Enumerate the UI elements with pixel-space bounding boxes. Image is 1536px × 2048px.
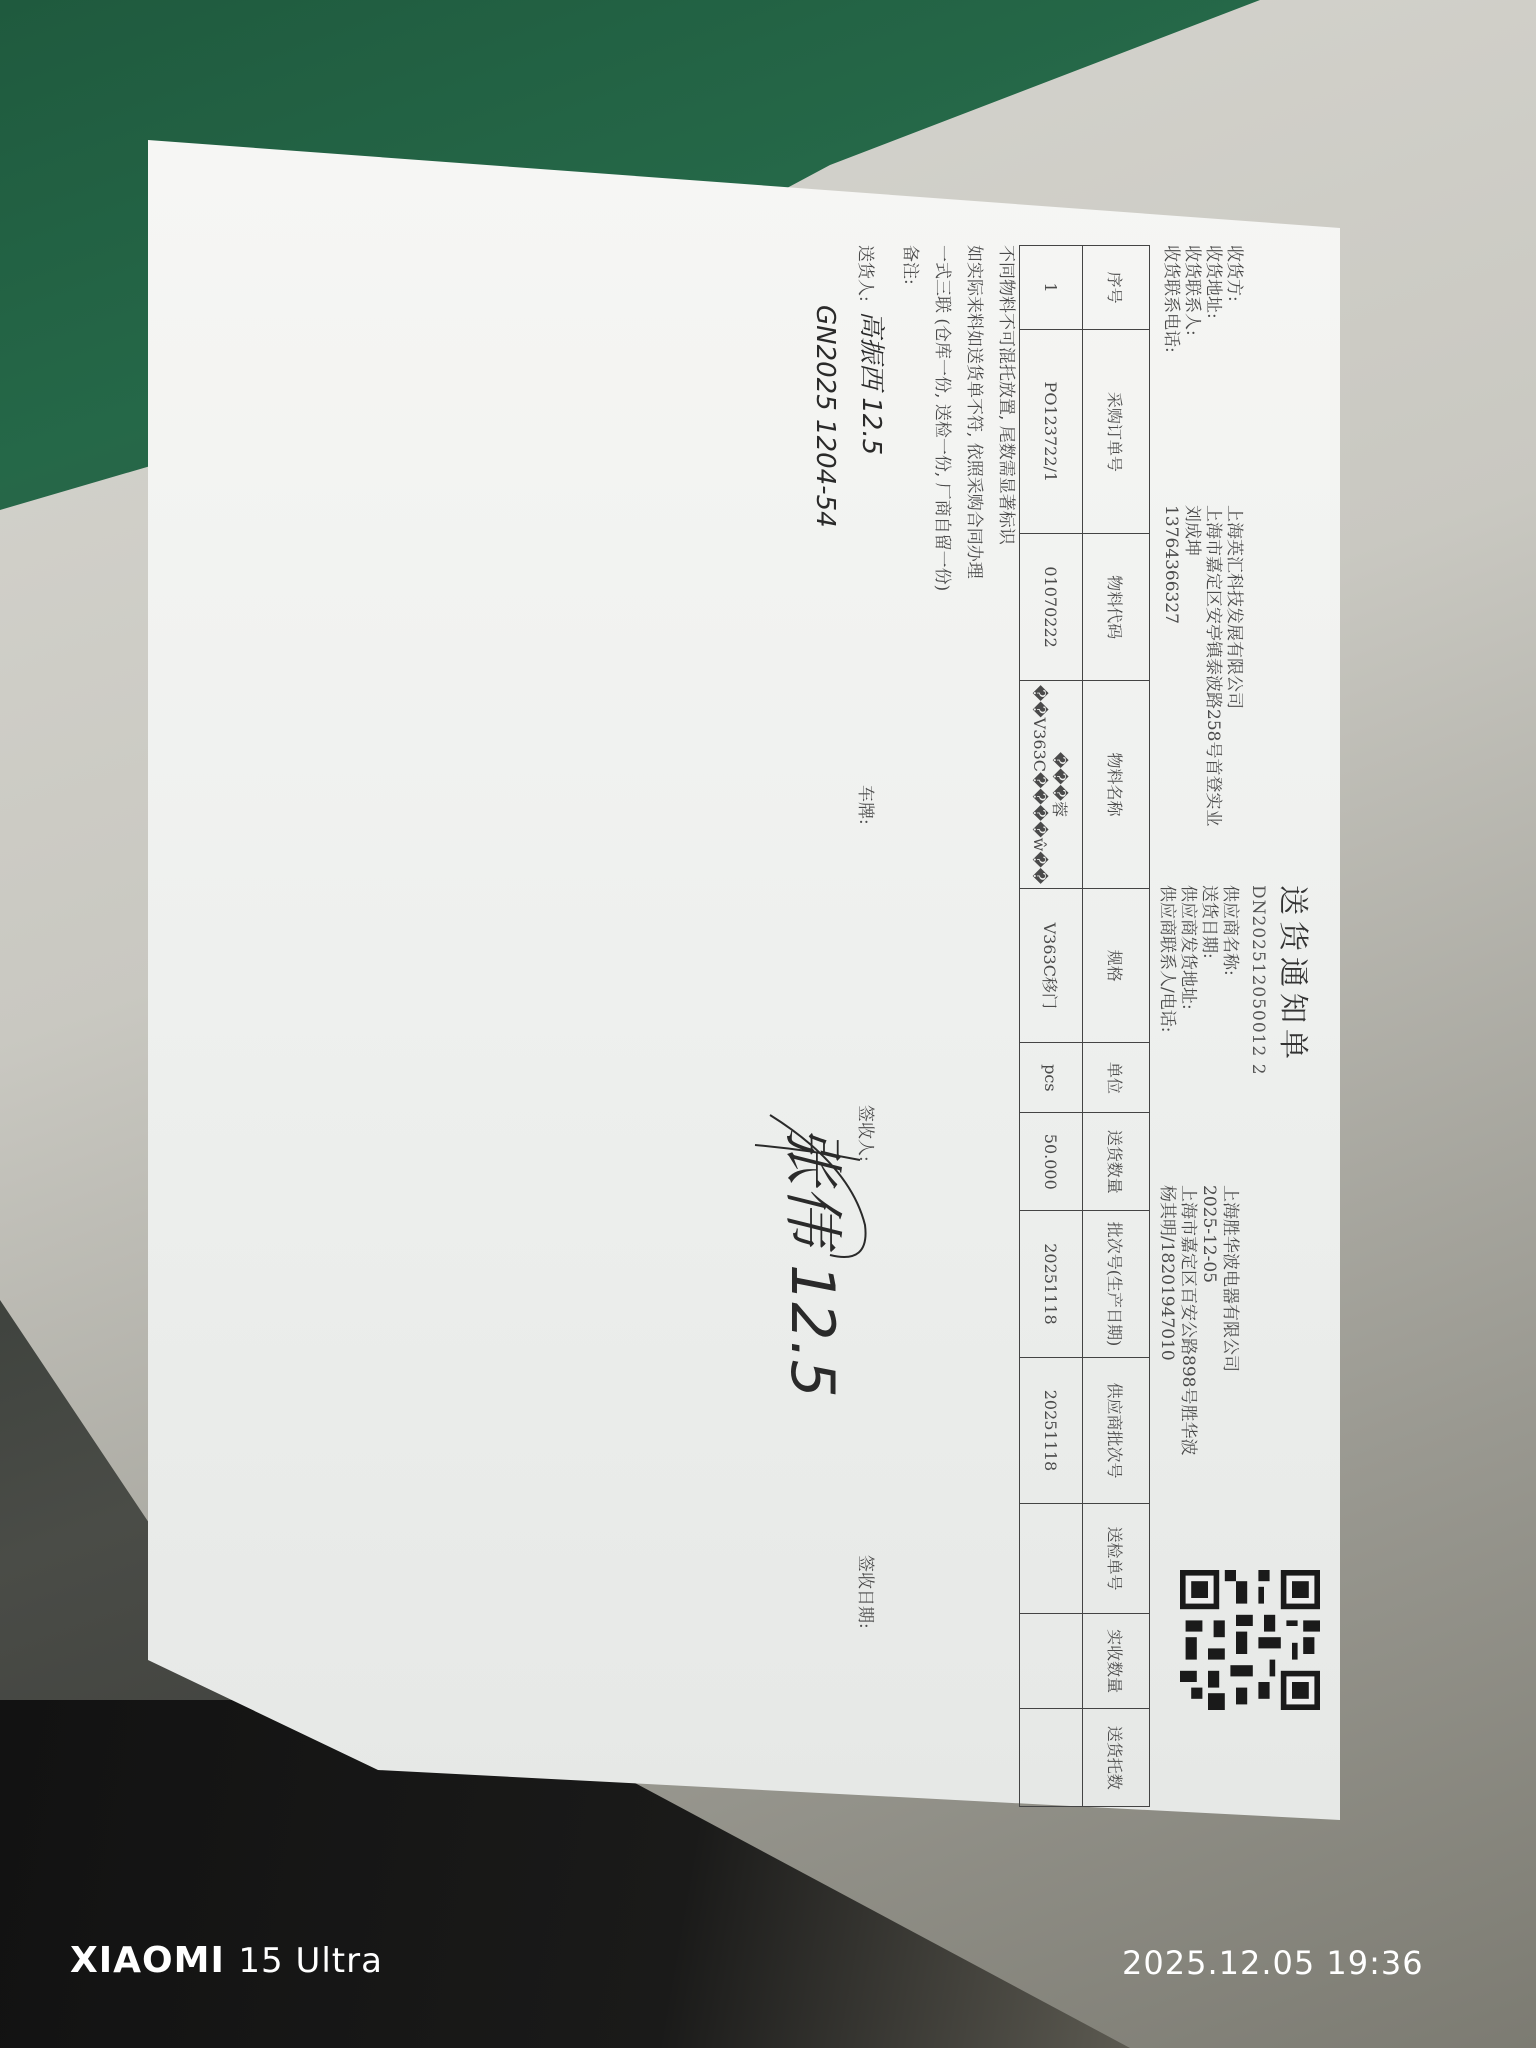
table-cell: 20251118 [1020, 1357, 1083, 1503]
deliverer-label: 送货人: [855, 245, 880, 302]
note-line: 如实际来料如送货单不符, 依照采购合同办理 [958, 245, 990, 591]
column-header: 序号 [1083, 246, 1150, 330]
qr-code-icon [1180, 1570, 1320, 1710]
column-header: 实收数量 [1083, 1613, 1150, 1709]
items-table: 序号采购订单号物料代码物料名称规格单位送货数量批次号(生产日期)供应商批次号送检… [1019, 245, 1150, 1807]
table-cell: 01070222 [1020, 534, 1083, 680]
supplier-row-address: 供应商发货地址:上海市嘉定区百安公路898号胜华波 [1177, 885, 1198, 1455]
document-title: 送货通知单 [1274, 885, 1318, 1065]
consignee-row-address: 收货地址:上海市嘉定区安亭镇泰波路258号首登实业 [1202, 245, 1223, 826]
receive-date-label: 签收日期: [855, 1555, 880, 1629]
table-cell: 20251118 [1020, 1211, 1083, 1357]
column-header: 送货数量 [1083, 1113, 1150, 1211]
deliverer-signature: 高振西 12.5 [855, 311, 892, 455]
delivery-note-document: 送货通知单 DN202512050012 2 收货方:上海英汇科技发展有限公司 … [720, 245, 1340, 1805]
column-header: 送货托数 [1083, 1709, 1150, 1807]
table-cell [1020, 1504, 1083, 1614]
column-header: 单位 [1083, 1043, 1150, 1113]
camera-brand-watermark: XIAOMI 15 Ultra [70, 1940, 383, 1981]
table-cell [1020, 1613, 1083, 1709]
note-line: 一式三联 (仓库一份, 送检一份, 厂商自留一份) [926, 245, 958, 591]
table-cell: pcs [1020, 1043, 1083, 1113]
notes: 不同物料不可混托放置, 尾数需显著标识 如实际来料如送货单不符, 依照采购合同办… [894, 245, 1022, 591]
supplier-row-date: 送货日期:2025-12-05 [1198, 885, 1219, 1455]
table-row: 1PO123722/101070222���蓉 ��V363C����ŵ��V3… [1020, 246, 1083, 1807]
table-cell: 50.000 [1020, 1113, 1083, 1211]
table-cell: V363C移门 [1020, 889, 1083, 1043]
plate-label: 车牌: [855, 785, 880, 825]
consignee-info: 收货方:上海英汇科技发展有限公司 收货地址:上海市嘉定区安亭镇泰波路258号首登… [1160, 245, 1244, 826]
column-header: 物料名称 [1083, 680, 1150, 888]
table-cell: ���蓉 ��V363C����ŵ�� [1020, 680, 1083, 888]
deliverer-handwritten-note: GN2025 1204-54 [810, 305, 840, 528]
column-header: 采购订单号 [1083, 330, 1150, 534]
note-line: 不同物料不可混托放置, 尾数需显著标识 [990, 245, 1022, 591]
table-cell: PO123722/1 [1020, 330, 1083, 534]
column-header: 规格 [1083, 889, 1150, 1043]
document-number: DN202512050012 2 [1248, 885, 1268, 1076]
camera-timestamp-watermark: 2025.12.05 19:36 [1122, 1944, 1424, 1982]
remarks-label: 备注: [894, 245, 926, 591]
table-cell [1020, 1709, 1083, 1807]
table-header-row: 序号采购订单号物料代码物料名称规格单位送货数量批次号(生产日期)供应商批次号送检… [1083, 246, 1150, 1807]
table-cell: 1 [1020, 246, 1083, 330]
signature-stroke-icon [750, 1105, 870, 1305]
column-header: 送检单号 [1083, 1504, 1150, 1614]
consignee-row-contact: 收货联系人:刘成坤 [1181, 245, 1202, 826]
supplier-row-name: 供应商名称:上海胜华波电器有限公司 [1219, 885, 1240, 1455]
consignee-row-name: 收货方:上海英汇科技发展有限公司 [1223, 245, 1244, 826]
column-header: 供应商批次号 [1083, 1357, 1150, 1503]
supplier-info: 供应商名称:上海胜华波电器有限公司 送货日期:2025-12-05 供应商发货地… [1156, 885, 1240, 1455]
consignee-row-phone: 收货联系电话:13764366327 [1160, 245, 1181, 826]
column-header: 批次号(生产日期) [1083, 1211, 1150, 1357]
supplier-row-contact: 供应商联系人/电话:杨其明/18201947010 [1156, 885, 1177, 1455]
column-header: 物料代码 [1083, 534, 1150, 680]
